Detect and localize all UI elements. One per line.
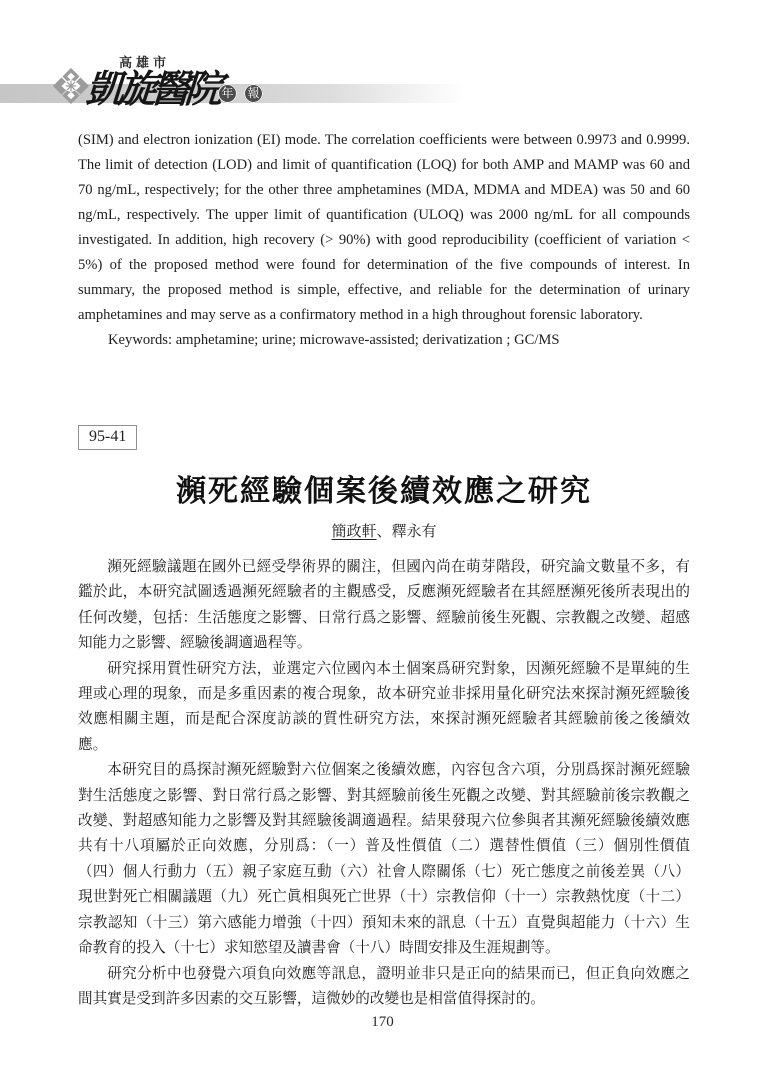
- year-badge-icon: 年: [218, 84, 237, 103]
- body-paragraph-1: 瀕死經驗議題在國外已經受學術界的關注，但國內尚在萌芽階段，研究論文數量不多，有鑑…: [78, 555, 690, 657]
- author-first: 簡政軒: [331, 524, 376, 540]
- author-second: 釋永有: [392, 524, 437, 540]
- year-report-badges: 年 報: [218, 84, 266, 103]
- document-page: 高雄市 凱旋醫院 年 報 (SIM) and electron ionizati…: [0, 0, 765, 1084]
- body-paragraph-4: 研究分析中也發覺六項負向效應等訊息，證明並非只是正向的結果而已，但正負向效應之間…: [78, 962, 690, 1013]
- article-title: 瀕死經驗個案後續效應之研究: [78, 466, 690, 510]
- page-number: 170: [0, 1014, 765, 1031]
- abstract-section: (SIM) and electron ionization (EI) mode.…: [78, 128, 690, 353]
- authors-line: 簡政軒、釋永有: [78, 520, 690, 541]
- keywords-line: Keywords: amphetamine; urine; microwave-…: [78, 328, 690, 353]
- abstract-paragraph: (SIM) and electron ionization (EI) mode.…: [78, 128, 690, 328]
- report-badge-icon: 報: [244, 84, 263, 103]
- logo-hospital-name: 凱旋醫院: [84, 58, 220, 113]
- chinese-abstract-section: 瀕死經驗議題在國外已經受學術界的關注，但國內尚在萌芽階段，研究論文數量不多，有鑑…: [78, 555, 690, 1012]
- body-paragraph-3: 本研究目的爲探討瀕死經驗對六位個案之後續效應，內容包含六項，分別爲探討瀕死經驗對…: [78, 758, 690, 961]
- article-number-badge: 95-41: [78, 425, 137, 450]
- author-separator: 、: [376, 524, 391, 540]
- body-paragraph-2: 研究採用質性研究方法，並選定六位國內本土個案爲研究對象，因瀕死經驗不是單純的生理…: [78, 657, 690, 759]
